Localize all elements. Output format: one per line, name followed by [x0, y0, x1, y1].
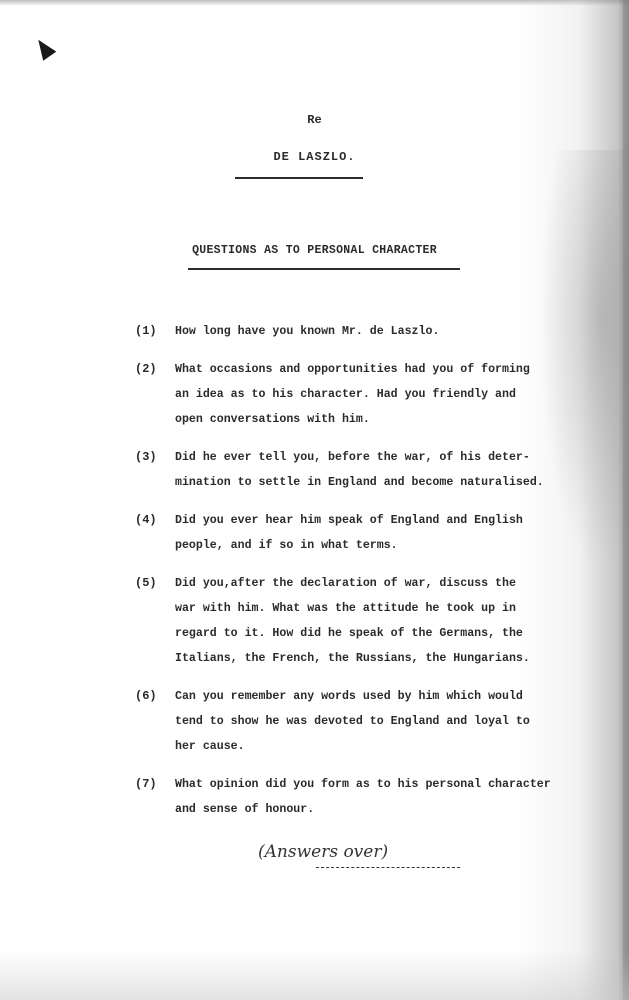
- question-item: (7)What opinion did you form as to his p…: [135, 772, 605, 822]
- question-text: Did he ever tell you, before the war, of…: [175, 445, 544, 495]
- question-item: (1)How long have you known Mr. de Laszlo…: [135, 319, 605, 344]
- question-line: people, and if so in what terms.: [175, 533, 523, 558]
- question-number: (1): [135, 319, 175, 344]
- question-list: (1)How long have you known Mr. de Laszlo…: [135, 319, 605, 835]
- question-number: (3): [135, 445, 175, 495]
- question-line: Did you ever hear him speak of England a…: [175, 508, 523, 533]
- question-item: (6)Can you remember any words used by hi…: [135, 684, 605, 759]
- question-line: her cause.: [175, 734, 530, 759]
- re-label: Re: [0, 113, 629, 127]
- question-line: What opinion did you form as to his pers…: [175, 772, 551, 797]
- question-item: (3)Did he ever tell you, before the war,…: [135, 445, 605, 495]
- corner-mark-icon: [32, 35, 57, 61]
- question-item: (2)What occasions and opportunities had …: [135, 357, 605, 432]
- question-text: Can you remember any words used by him w…: [175, 684, 530, 759]
- document-subtitle: QUESTIONS AS TO PERSONAL CHARACTER: [0, 244, 629, 257]
- question-line: open conversations with him.: [175, 407, 530, 432]
- question-item: (4)Did you ever hear him speak of Englan…: [135, 508, 605, 558]
- question-line: war with him. What was the attitude he t…: [175, 596, 530, 621]
- question-line: regard to it. How did he speak of the Ge…: [175, 621, 530, 646]
- title-underline: [235, 177, 363, 179]
- question-text: What opinion did you form as to his pers…: [175, 772, 551, 822]
- question-text: Did you ever hear him speak of England a…: [175, 508, 523, 558]
- question-item: (5)Did you,after the declaration of war,…: [135, 571, 605, 671]
- dashed-rule: [316, 867, 460, 868]
- question-number: (4): [135, 508, 175, 558]
- question-line: How long have you known Mr. de Laszlo.: [175, 319, 439, 344]
- question-text: Did you,after the declaration of war, di…: [175, 571, 530, 671]
- question-line: an idea as to his character. Had you fri…: [175, 382, 530, 407]
- question-line: tend to show he was devoted to England a…: [175, 709, 530, 734]
- question-line: What occasions and opportunities had you…: [175, 357, 530, 382]
- subject-name: DE LASZLO.: [0, 150, 629, 164]
- question-text: What occasions and opportunities had you…: [175, 357, 530, 432]
- document-page: Re DE LASZLO. QUESTIONS AS TO PERSONAL C…: [0, 0, 629, 1000]
- question-line: mination to settle in England and become…: [175, 470, 544, 495]
- question-line: Can you remember any words used by him w…: [175, 684, 530, 709]
- subtitle-underline: [188, 268, 460, 270]
- question-line: and sense of honour.: [175, 797, 551, 822]
- question-text: How long have you known Mr. de Laszlo.: [175, 319, 439, 344]
- question-number: (7): [135, 772, 175, 822]
- question-number: (6): [135, 684, 175, 759]
- question-line: Italians, the French, the Russians, the …: [175, 646, 530, 671]
- handwritten-note: (Answers over): [258, 842, 388, 862]
- question-number: (2): [135, 357, 175, 432]
- question-line: Did you,after the declaration of war, di…: [175, 571, 530, 596]
- question-number: (5): [135, 571, 175, 671]
- page-bottom-edge: [0, 950, 629, 1000]
- question-line: Did he ever tell you, before the war, of…: [175, 445, 544, 470]
